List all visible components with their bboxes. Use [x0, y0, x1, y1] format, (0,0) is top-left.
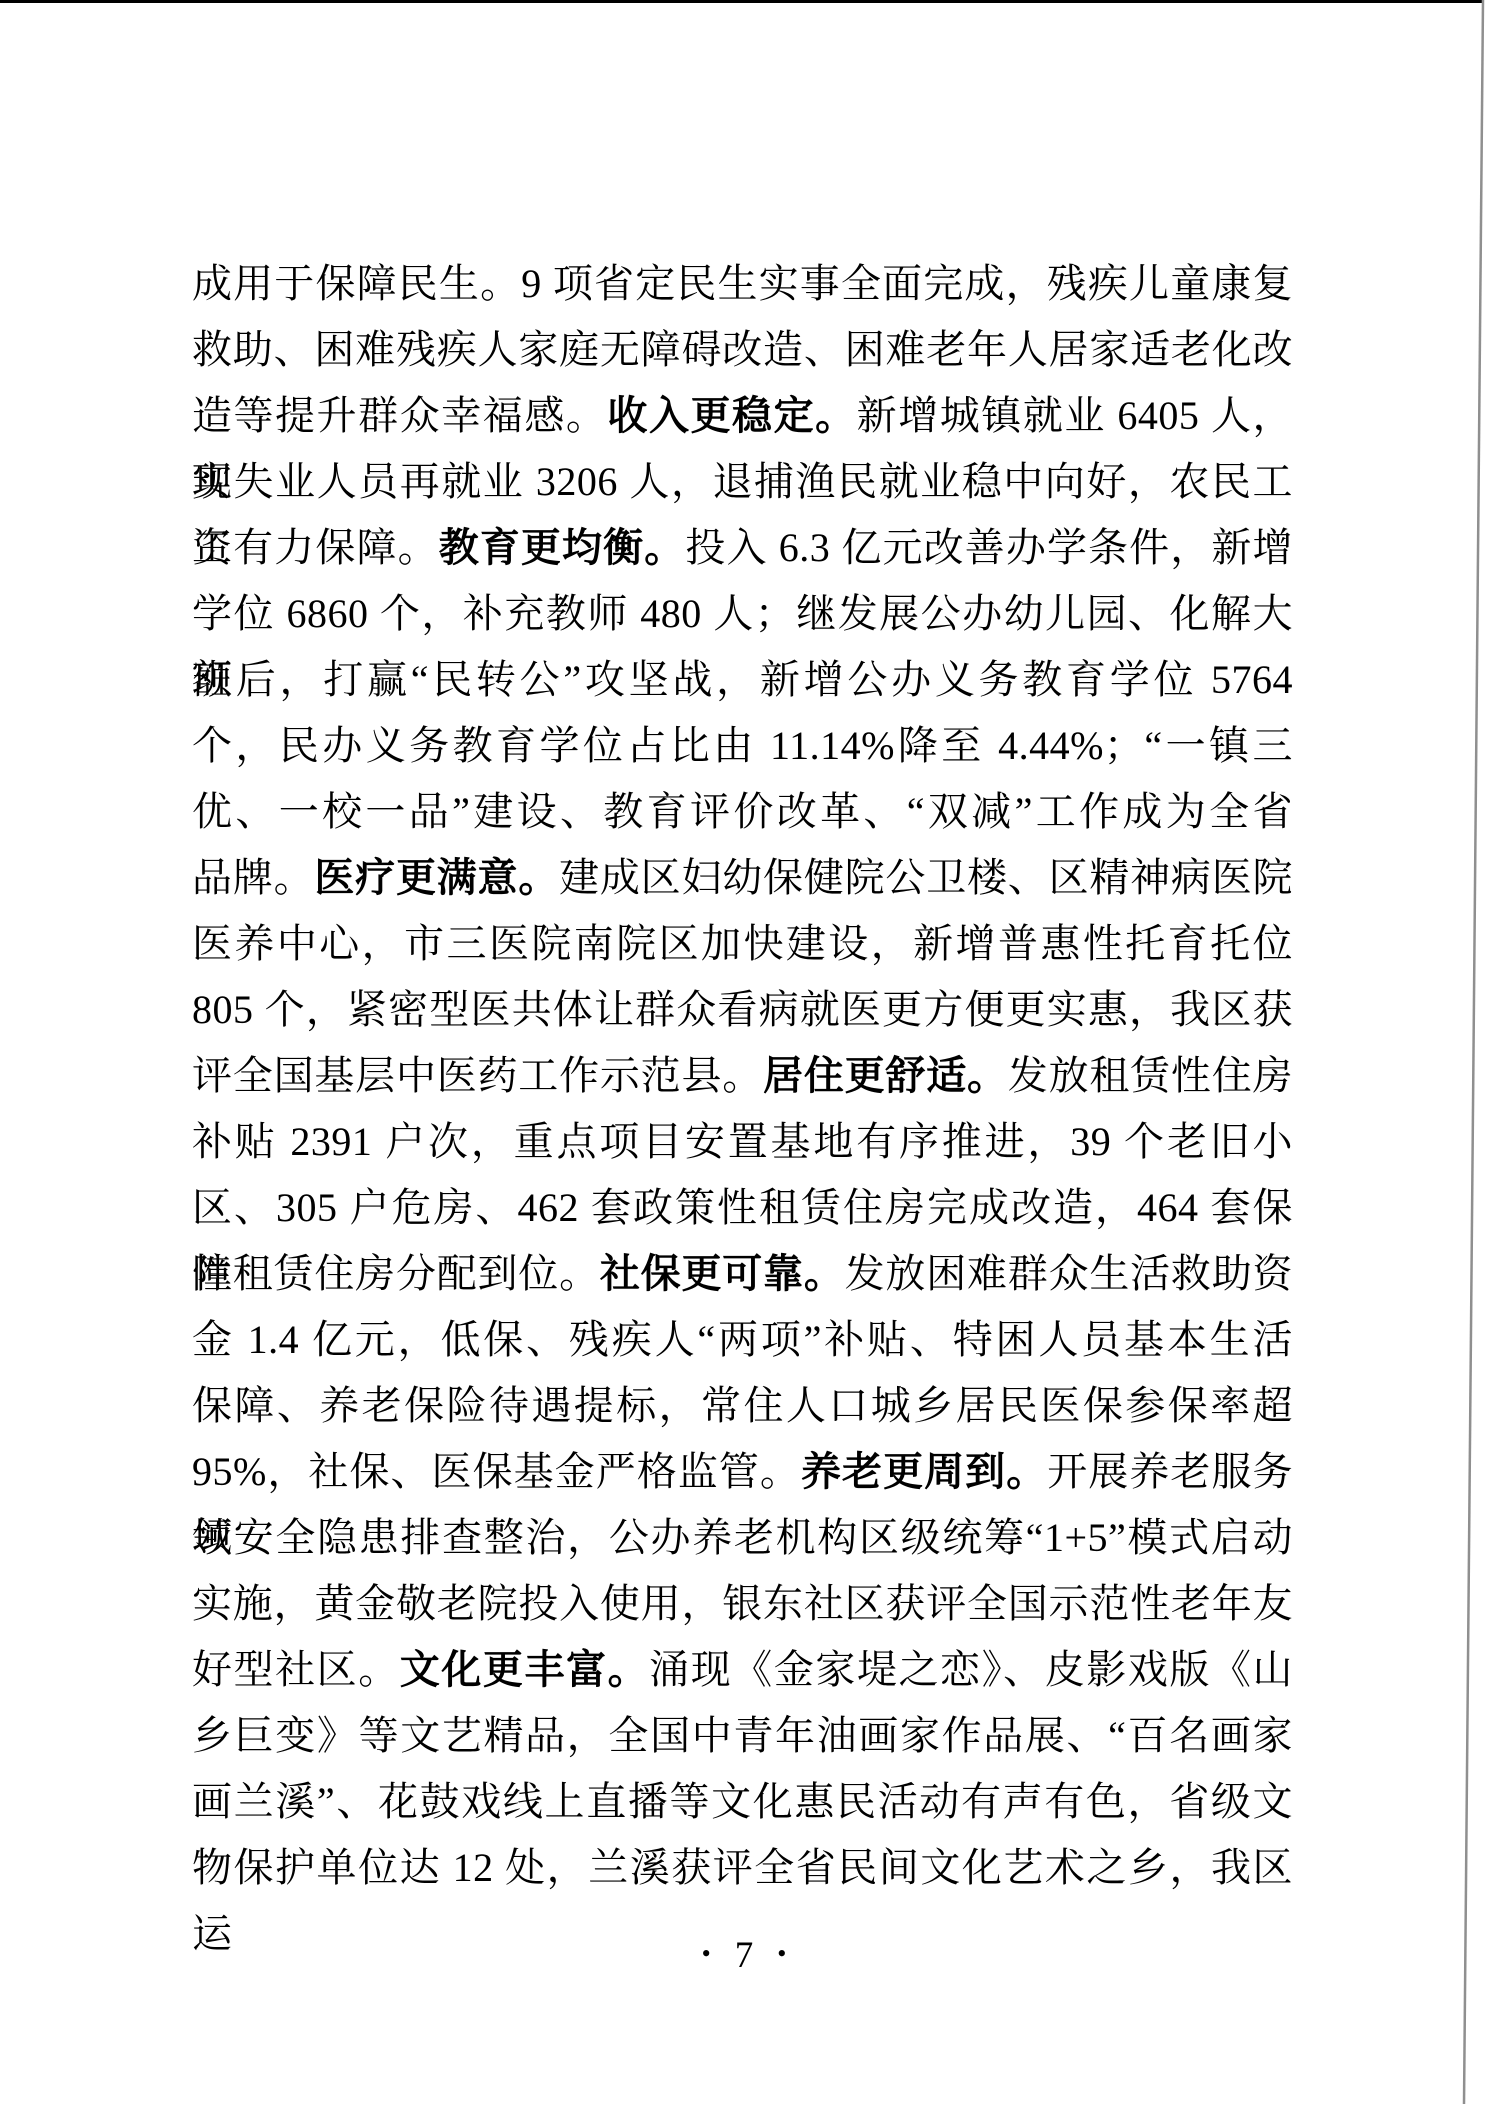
text-segment: 成用于保障民生。9 项省定民生实事全面完成，残疾儿童康复: [192, 261, 1293, 306]
text-line: 保障、养老保险待遇提标，常住人口城乡居民医保参保率超: [192, 1373, 1293, 1439]
text-segment: 评全国基层中医药工作示范县。: [192, 1053, 763, 1098]
text-line: 医养中心，市三医院南院区加快建设，新增普惠性托育托位: [192, 911, 1293, 977]
page-footer: •7•: [0, 1931, 1488, 1984]
text-segment: 好型社区。: [192, 1647, 400, 1692]
text-segment: 资有力保障。: [192, 525, 439, 570]
bold-heading: 文化更丰富。: [400, 1648, 649, 1692]
scan-top-edge-bar: [0, 0, 1482, 3]
text-segment: 发放租赁性住房: [1008, 1053, 1293, 1098]
text-segment: 画兰溪”、花鼓戏线上直播等文化惠民活动有声有色，省级文: [192, 1779, 1293, 1824]
text-line: 95%，社保、医保基金严格监管。养老更周到。开展养老服务领: [192, 1439, 1293, 1505]
text-line: 金 1.4 亿元，低保、残疾人“两项”补贴、特困人员基本生活: [192, 1307, 1293, 1373]
text-line: 补贴 2391 户次，重点项目安置基地有序推进，39 个老旧小: [192, 1109, 1293, 1175]
text-segment: 涌现《金家堤之恋》、皮影戏版《山: [649, 1647, 1293, 1692]
text-line: 成用于保障民生。9 项省定民生实事全面完成，残疾儿童康复: [192, 251, 1293, 317]
bold-heading: 医疗更满意。: [314, 856, 559, 900]
document-page: { "colors": { "text": "#000000", "backgr…: [0, 0, 1488, 2104]
text-segment: 品牌。: [192, 855, 314, 900]
text-segment: 医养中心，市三医院南院区加快建设，新增普惠性托育托位: [192, 921, 1293, 966]
text-line: 物保护单位达 12 处，兰溪获评全省民间文化艺术之乡，我区运: [192, 1835, 1293, 1901]
bold-heading: 居住更舒适。: [763, 1054, 1008, 1098]
text-segment: 实施，黄金敬老院投入使用，银东社区获评全国示范性老年友: [192, 1581, 1293, 1626]
text-line: 品牌。医疗更满意。建成区妇幼保健院公卫楼、区精神病医院: [192, 845, 1293, 911]
text-line: 评全国基层中医药工作示范县。居住更舒适。发放租赁性住房: [192, 1043, 1293, 1109]
text-line: 乡巨变》等文艺精品，全国中青年油画家作品展、“百名画家: [192, 1703, 1293, 1769]
text-segment: 保障、养老保险待遇提标，常住人口城乡居民医保参保率超: [192, 1383, 1293, 1428]
text-segment: 金 1.4 亿元，低保、残疾人“两项”补贴、特困人员基本生活: [192, 1317, 1293, 1362]
text-block: 成用于保障民生。9 项省定民生实事全面完成，残疾儿童康复救助、困难残疾人家庭无障…: [192, 251, 1293, 1901]
text-line: 805 个，紧密型医共体让群众看病就医更方便更实惠，我区获: [192, 977, 1293, 1043]
text-segment: 建成区妇幼保健院公卫楼、区精神病医院: [559, 855, 1293, 900]
bold-heading: 养老更周到。: [801, 1450, 1047, 1494]
text-segment: 性租赁住房分配到位。: [192, 1251, 600, 1296]
text-line: 救助、困难残疾人家庭无障碍改造、困难老年人居家适老化改: [192, 317, 1293, 383]
text-segment: 95%，社保、医保基金严格监管。: [192, 1449, 801, 1494]
text-segment: 805 个，紧密型医共体让群众看病就医更方便更实惠，我区获: [192, 987, 1293, 1032]
text-segment: 投入 6.3 亿元改善办学条件，新增: [685, 525, 1293, 570]
bold-heading: 收入更稳定。: [607, 394, 856, 438]
text-segment: 救助、困难残疾人家庭无障碍改造、困难老年人居家适老化改: [192, 327, 1293, 372]
text-line: 现失业人员再就业 3206 人，退捕渔民就业稳中向好，农民工工: [192, 449, 1293, 515]
text-line: 个，民办义务教育学位占比由 11.14%降至 4.44%；“一镇三: [192, 713, 1293, 779]
text-line: 画兰溪”、花鼓戏线上直播等文化惠民活动有声有色，省级文: [192, 1769, 1293, 1835]
text-line: 优、一校一品”建设、教育评价改革、“双减”工作成为全省: [192, 779, 1293, 845]
bold-heading: 教育更均衡。: [439, 526, 686, 570]
text-line: 资有力保障。教育更均衡。投入 6.3 亿元改善办学条件，新增: [192, 515, 1293, 581]
text-line: 学位 6860 个，补充教师 480 人；继发展公办幼儿园、化解大班: [192, 581, 1293, 647]
text-line: 额后，打赢“民转公”攻坚战，新增公办义务教育学位 5764: [192, 647, 1293, 713]
footer-left-dot: •: [702, 1939, 711, 1968]
text-line: 造等提升群众幸福感。收入更稳定。新增城镇就业 6405 人，实: [192, 383, 1293, 449]
text-segment: 乡巨变》等文艺精品，全国中青年油画家作品展、“百名画家: [192, 1713, 1293, 1758]
text-line: 性租赁住房分配到位。社保更可靠。发放困难群众生活救助资: [192, 1241, 1293, 1307]
text-segment: 优、一校一品”建设、教育评价改革、“双减”工作成为全省: [192, 789, 1293, 834]
text-segment: 额后，打赢“民转公”攻坚战，新增公办义务教育学位 5764: [192, 657, 1293, 702]
text-line: 区、305 户危房、462 套政策性租赁住房完成改造，464 套保障: [192, 1175, 1293, 1241]
text-segment: 补贴 2391 户次，重点项目安置基地有序推进，39 个老旧小: [192, 1119, 1293, 1164]
bold-heading: 社保更可靠。: [600, 1252, 845, 1296]
text-segment: 造等提升群众幸福感。: [192, 393, 607, 438]
text-segment: 发放困难群众生活救助资: [845, 1251, 1293, 1296]
footer-right-dot: •: [777, 1939, 786, 1968]
page-number: 7: [735, 1931, 754, 1981]
text-line: 域安全隐患排查整治，公办养老机构区级统筹“1+5”模式启动: [192, 1505, 1293, 1571]
text-segment: 个，民办义务教育学位占比由 11.14%降至 4.44%；“一镇三: [192, 723, 1293, 768]
text-segment: 域安全隐患排查整治，公办养老机构区级统筹“1+5”模式启动: [192, 1515, 1293, 1560]
text-line: 好型社区。文化更丰富。涌现《金家堤之恋》、皮影戏版《山: [192, 1637, 1293, 1703]
text-line: 实施，黄金敬老院投入使用，银东社区获评全国示范性老年友: [192, 1571, 1293, 1637]
